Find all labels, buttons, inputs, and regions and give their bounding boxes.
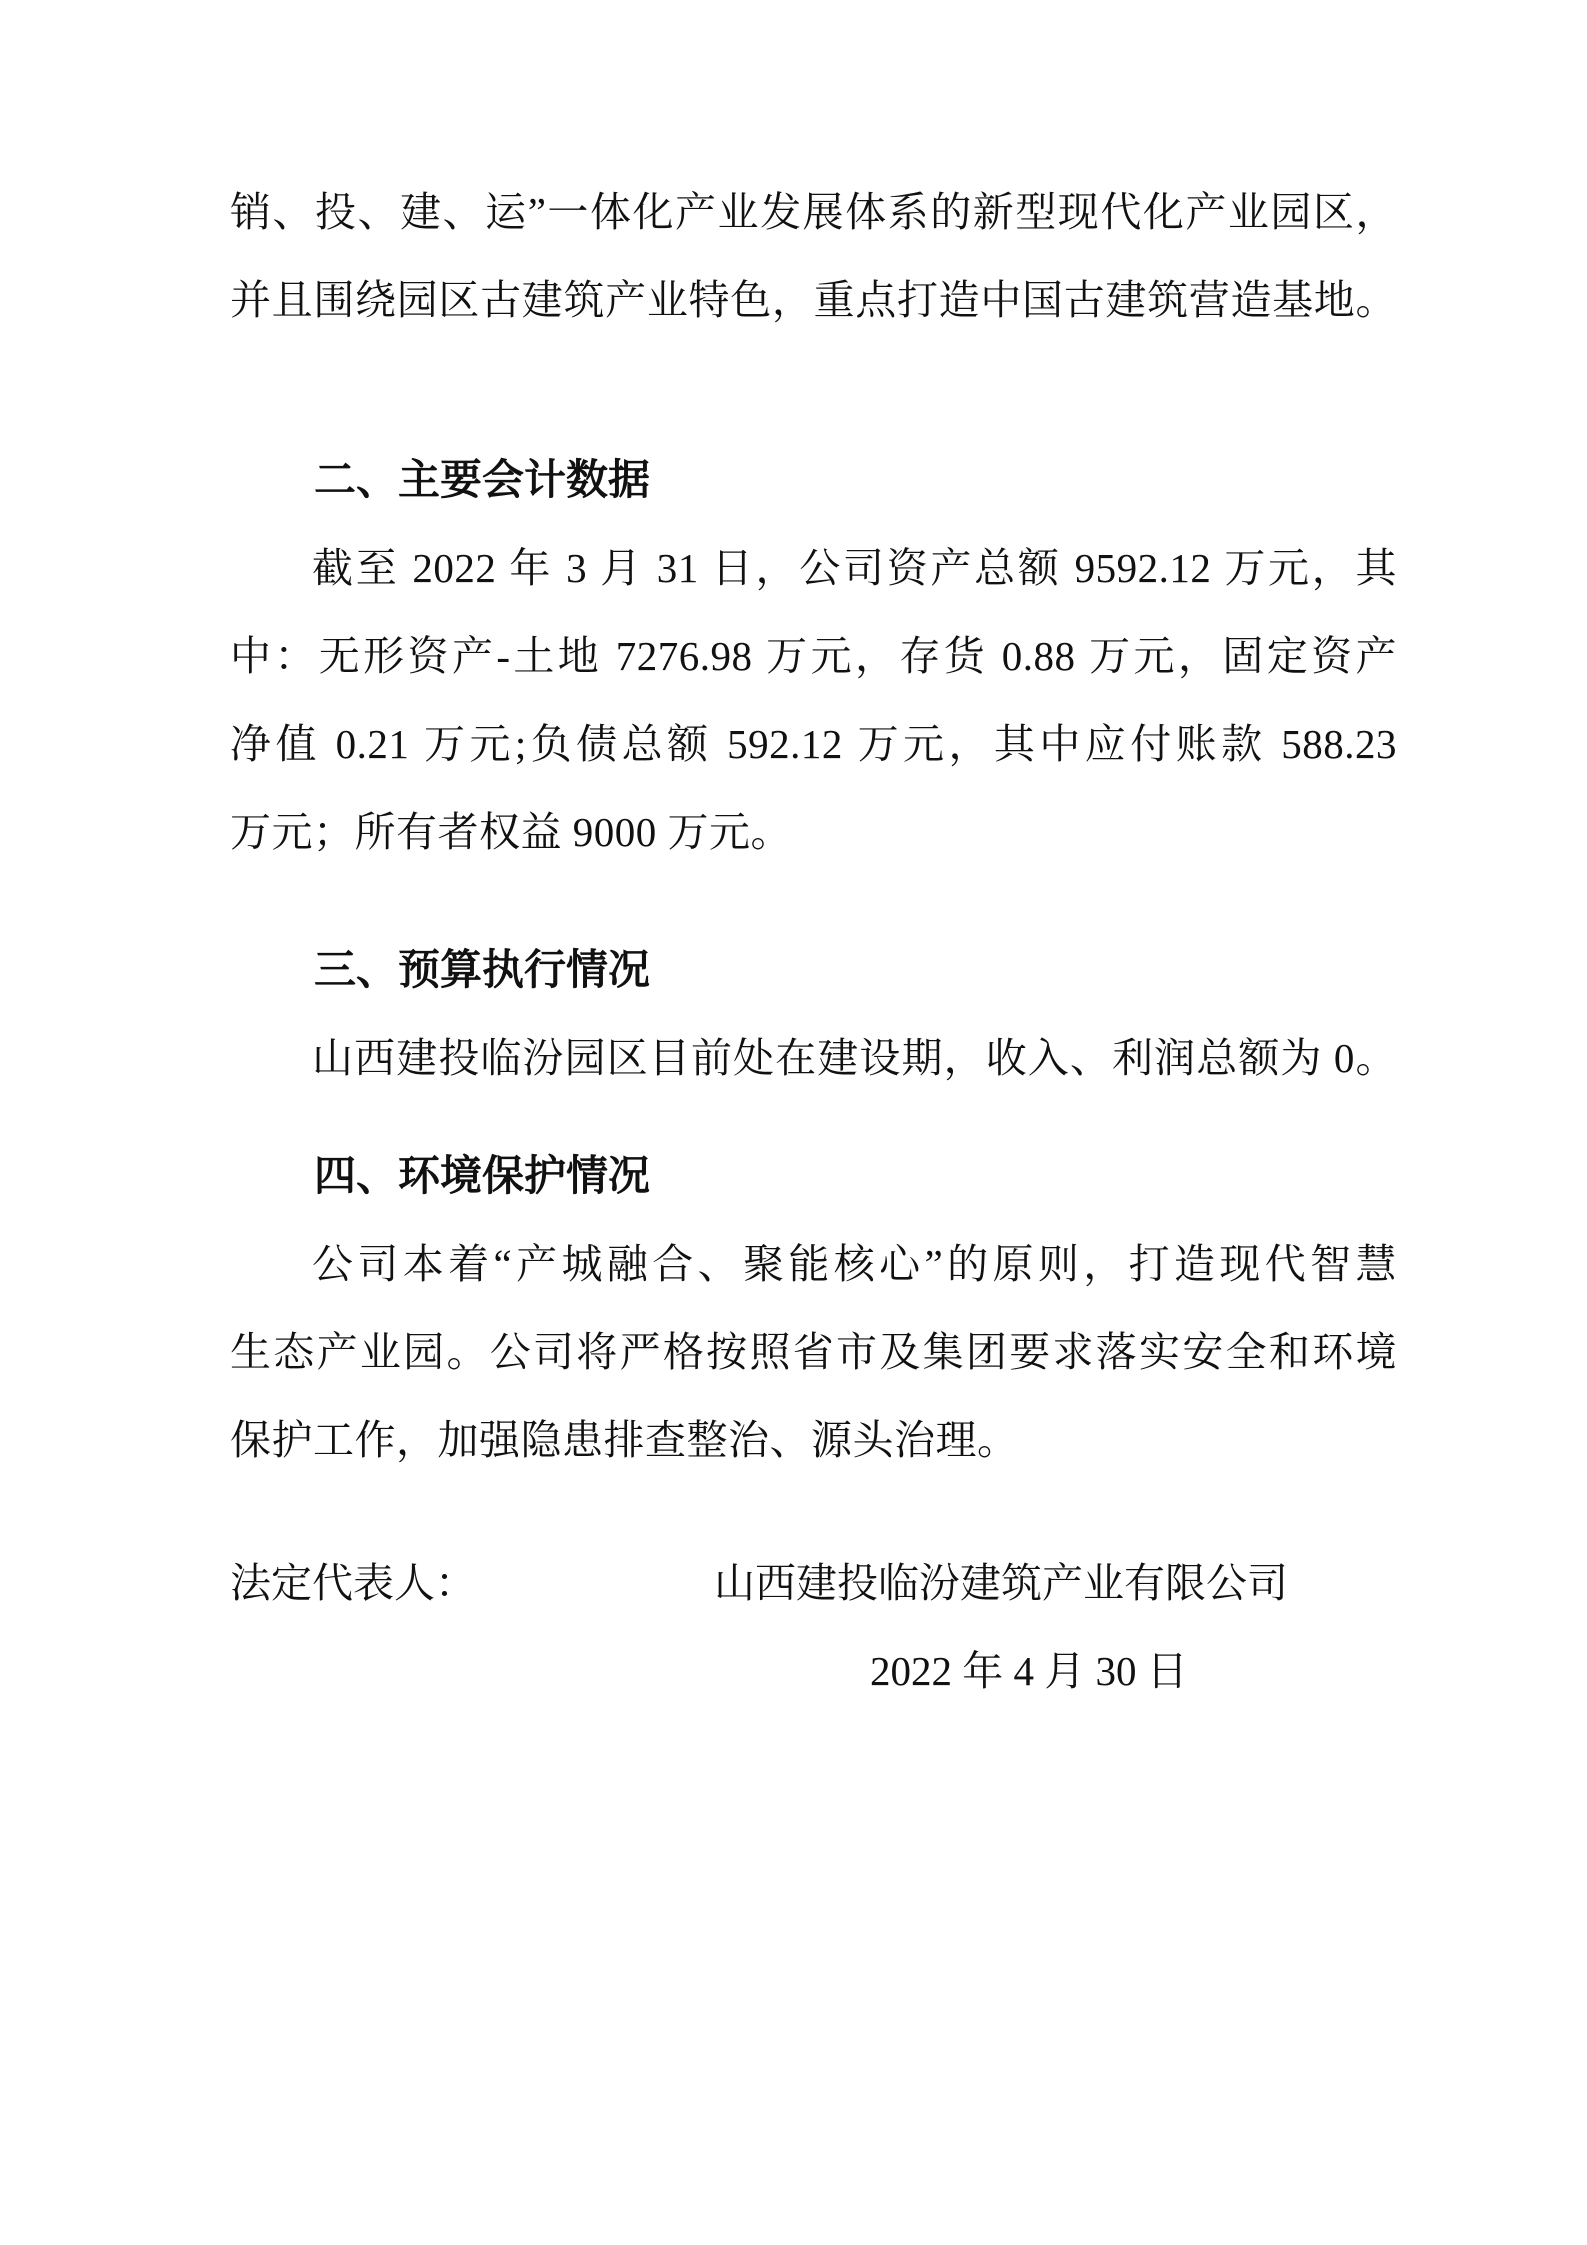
legal-representative-label: 法定代表人：: [230, 1560, 476, 1606]
section-heading-environmental-protection: 四、环境保护情况: [230, 1132, 1397, 1220]
paragraph-line: 生态产业园。公司将严格按照省市及集团要求落实安全和环境: [230, 1308, 1397, 1396]
company-name: 山西建投临汾建筑产业有限公司: [714, 1539, 1288, 1627]
document-page: 销、投、建、运”一体化产业发展体系的新型现代化产业园区， 并且围绕园区古建筑产业…: [0, 0, 1587, 2245]
date-line: 2022 年 4 月 30 日: [230, 1627, 1397, 1715]
paragraph-line: 保护工作，加强隐患排查整治、源头治理。: [230, 1396, 1397, 1484]
section-heading-accounting-data: 二、主要会计数据: [230, 436, 1397, 524]
section-body-budget-execution: 山西建投临汾园区目前处在建设期，收入、利润总额为 0。: [230, 1014, 1397, 1102]
section-heading-budget-execution: 三、预算执行情况: [230, 926, 1397, 1014]
document-content: 销、投、建、运”一体化产业发展体系的新型现代化产业园区， 并且围绕园区古建筑产业…: [0, 0, 1587, 1715]
paragraph-line: 销、投、建、运”一体化产业发展体系的新型现代化产业园区，: [230, 168, 1397, 256]
paragraph-line: 山西建投临汾园区目前处在建设期，收入、利润总额为 0。: [230, 1014, 1397, 1102]
paragraph-line: 公司本着“产城融合、聚能核心”的原则，打造现代智慧: [230, 1220, 1397, 1308]
section-body-accounting-data: 截至 2022 年 3 月 31 日，公司资产总额 9592.12 万元，其 中…: [230, 524, 1397, 876]
paragraph-line: 中：无形资产-土地 7276.98 万元，存货 0.88 万元，固定资产: [230, 612, 1397, 700]
paragraph-line: 并且围绕园区古建筑产业特色，重点打造中国古建筑营造基地。: [230, 256, 1397, 344]
paragraph-line: 净值 0.21 万元;负债总额 592.12 万元，其中应付账款 588.23: [230, 700, 1397, 788]
intro-paragraph: 销、投、建、运”一体化产业发展体系的新型现代化产业园区， 并且围绕园区古建筑产业…: [230, 168, 1397, 344]
paragraph-line: 截至 2022 年 3 月 31 日，公司资产总额 9592.12 万元，其: [230, 524, 1397, 612]
paragraph-line: 万元；所有者权益 9000 万元。: [230, 788, 1397, 876]
document-date: 2022 年 4 月 30 日: [870, 1648, 1188, 1694]
signature-row: 法定代表人： 山西建投临汾建筑产业有限公司: [230, 1539, 1397, 1627]
section-body-environmental-protection: 公司本着“产城融合、聚能核心”的原则，打造现代智慧 生态产业园。公司将严格按照省…: [230, 1220, 1397, 1484]
